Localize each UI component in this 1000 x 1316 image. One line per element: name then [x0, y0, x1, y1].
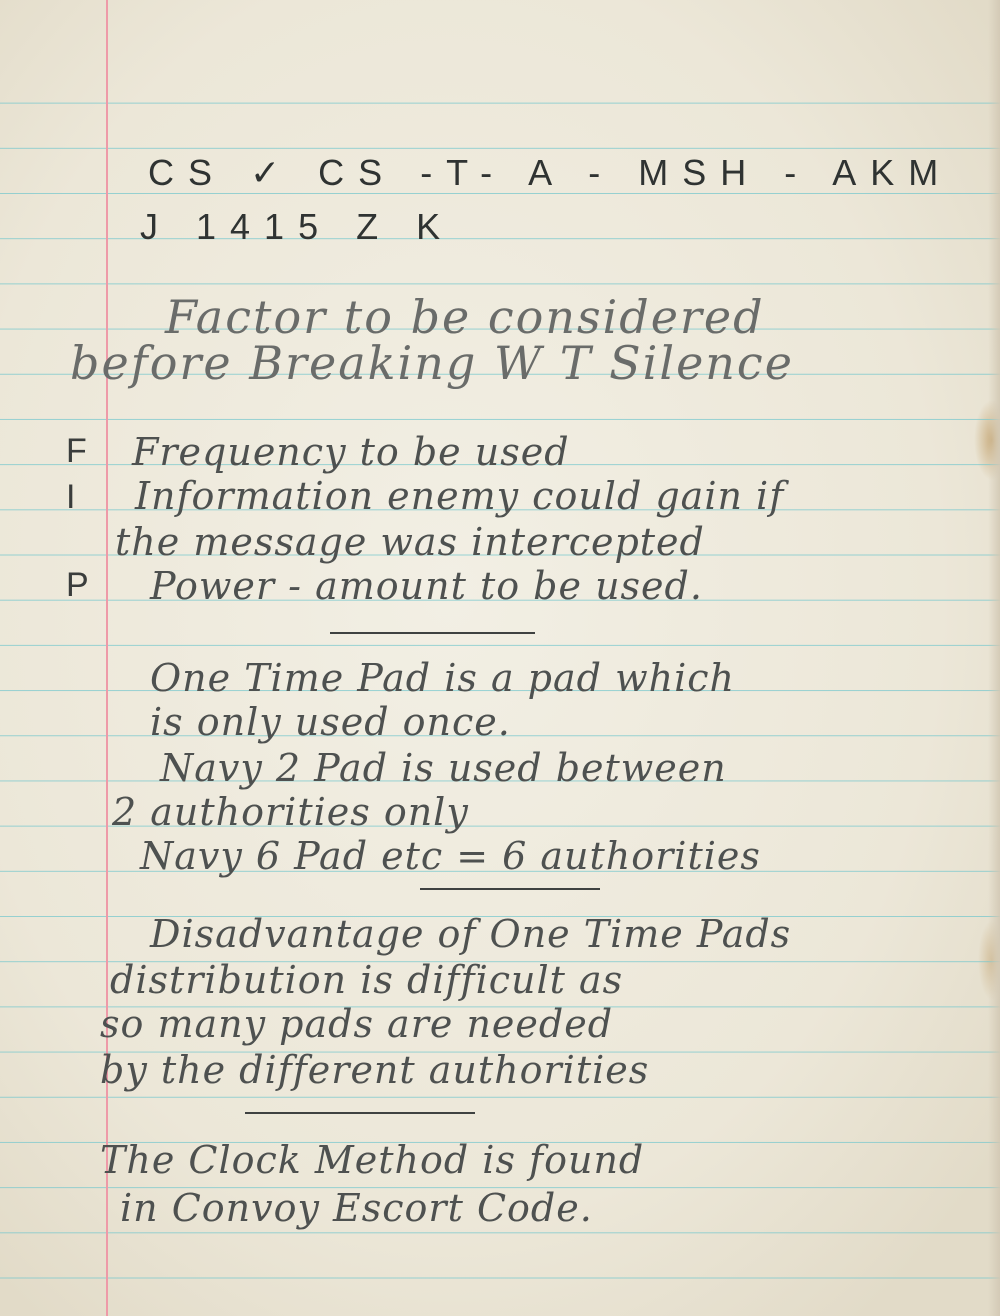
pads-line4: 2 authorities only [112, 790, 469, 834]
factor-power: Power - amount to be used. [150, 564, 703, 608]
disadvantage-line2: distribution is difficult as [110, 958, 623, 1002]
header-code-line1: CS ✓ CS -T- A - MSH - AKM [148, 152, 952, 194]
clock-line2: in Convoy Escort Code. [120, 1186, 593, 1230]
separator-stroke [330, 632, 535, 634]
disadvantage-line1: Disadvantage of One Time Pads [150, 912, 791, 956]
notebook-page: CS ✓ CS -T- A - MSH - AKM J 1415 Z K Fac… [0, 0, 1000, 1316]
header-code-line2: J 1415 Z K [140, 206, 454, 248]
factor-letter-i: I [66, 478, 75, 517]
underline-stroke-2 [245, 1112, 475, 1114]
factor-information: Information enemy could gain if [135, 474, 784, 518]
underline-stroke [420, 888, 600, 890]
title-line2: before Breaking W T Silence [70, 336, 794, 390]
margin-line [106, 0, 108, 1316]
disadvantage-line4: by the different authorities [100, 1048, 649, 1092]
disadvantage-line3: so many pads are needed [100, 1002, 613, 1046]
pads-line1: One Time Pad is a pad which [150, 656, 735, 700]
pads-line3: Navy 2 Pad is used between [160, 746, 727, 790]
factor-letter-f: F [66, 432, 87, 471]
pads-line2: is only used once. [150, 700, 511, 744]
factor-letter-p: P [66, 566, 89, 605]
page-edge [988, 0, 1000, 1316]
factor-frequency: Frequency to be used [132, 430, 570, 474]
pads-line5: Navy 6 Pad etc = 6 authorities [140, 834, 761, 878]
clock-line1: The Clock Method is found [100, 1138, 644, 1182]
factor-information-continued: the message was intercepted [115, 520, 705, 564]
